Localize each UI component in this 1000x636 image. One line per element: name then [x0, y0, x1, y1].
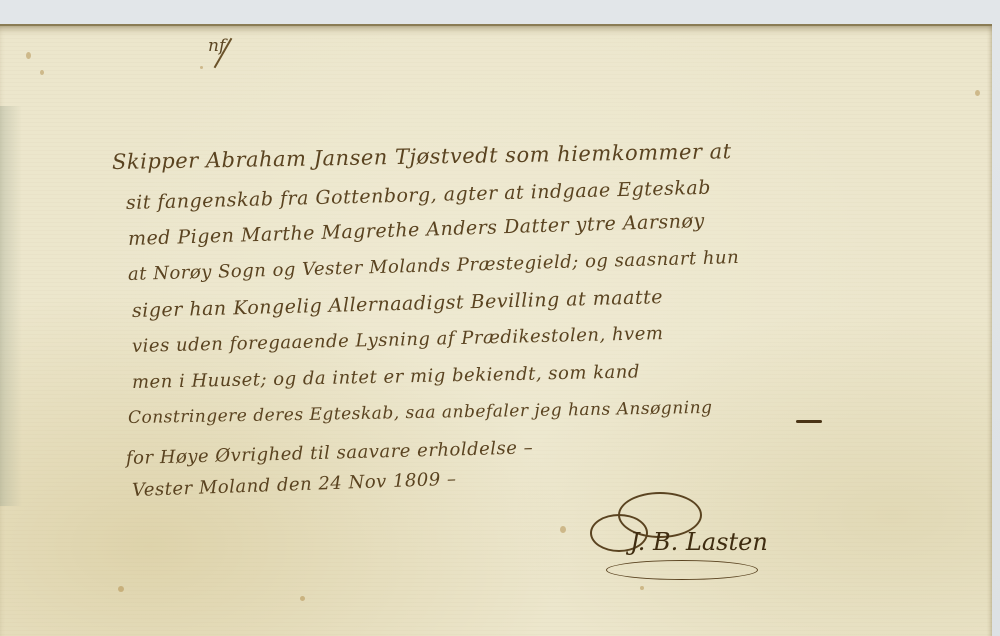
foxing-spot: [975, 90, 980, 96]
foxing-spot: [200, 66, 203, 69]
foxing-spot: [118, 586, 124, 592]
signature-underline-loop: [606, 560, 758, 580]
foxing-spot: [560, 526, 566, 533]
signature-block: J. B. Lasten: [570, 490, 790, 585]
foxing-spot: [300, 596, 305, 601]
foxing-spot: [26, 52, 31, 59]
closing-dash: [796, 420, 822, 423]
foxing-spot: [40, 70, 44, 75]
paper-edge-stain: [0, 106, 22, 506]
signature-name: J. B. Lasten: [630, 528, 768, 556]
foxing-spot: [640, 586, 644, 590]
